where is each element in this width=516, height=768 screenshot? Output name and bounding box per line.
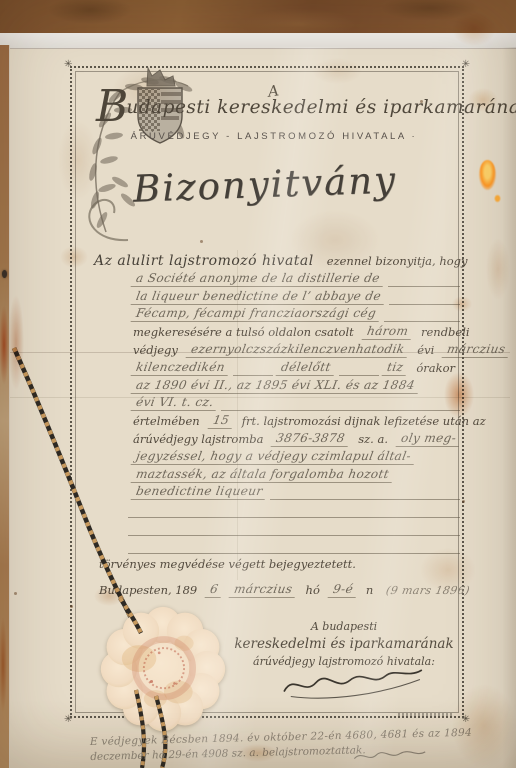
ruled-blank-line [388,273,460,287]
body-line: megkeresésére a tulsó oldalon csatolthár… [94,323,460,340]
body-text-segment: sz. a. [358,432,388,446]
body-line [94,519,460,536]
ruled-blank-line [233,362,273,376]
ink-speck [200,240,203,243]
body-text-segment: a Société anonyme de la distillerie de [131,271,386,287]
foxing-stain [420,548,476,592]
body-text-segment: Fécamp, fécampi francziaországi cég [131,306,382,322]
ruled-blank-line [270,486,460,500]
paper-wafer-seal [96,599,230,743]
body-text-segment: rendbeli [421,325,470,339]
light-glare [493,193,502,204]
body-text-segment: értelmében [133,414,200,428]
ink-speck [70,605,73,608]
body-text-segment: délelőtt [276,360,336,376]
foxing-stain [452,296,472,312]
foxing-stain [94,586,124,606]
body-line: Fécamp, fécampi francziaországi cég [94,305,460,322]
body-text-segment: márczius [442,342,511,358]
certificate-body: Az alulirt lajstromozó hivatalezennel bi… [94,252,460,602]
body-line: maztassék, az általa forgalomba hozott [94,466,460,483]
ruled-blank-line [128,540,460,554]
printer-imprint [398,713,454,716]
body-text-segment: megkeresésére a tulsó oldalon csatolt [133,325,354,339]
ruled-blank-line [339,362,379,376]
body-line: árúvédjegy lajstromba3876-3878sz. a.oly … [94,430,460,447]
body-text-segment: évi [417,343,434,357]
body-text-segment: maztassék, az általa forgalomba hozott [131,467,395,483]
body-text-segment: Az alulirt lajstromozó hivatal [94,253,314,269]
body-text-segment: márczius [229,582,298,598]
foxing-stain [468,88,498,112]
ruled-blank-line [384,308,460,322]
body-line: az 1890 évi II., az 1895 évi XLI. és az … [94,377,460,394]
issuer-line: kereskedelmi és iparkamarának [228,636,460,652]
body-line: kilenczedikéndélelőtttizórakor [94,359,460,376]
body-text-segment: ezernyolczszázkilenczvenhatodik [185,342,409,358]
body-text-segment: benedictine liqueur [131,484,268,500]
body-text-segment: 15 [207,413,234,429]
body-text-segment: három [361,324,413,340]
body-text-segment: 9-é [327,582,358,598]
foxing-stain [58,120,98,200]
body-text-segment: hó [306,583,320,597]
office-subtitle: ÁRÚVÉDJEGY - LAJSTROMOZÓ HIVATALA · [96,131,452,142]
border-corner-ornament-icon: ✳ [64,59,72,70]
body-line [94,501,460,518]
frame-right-shadow [502,47,516,768]
body-text-segment: 6 [205,582,224,598]
nail-head [2,270,7,278]
body-text-segment: törvényes megvédése végett bejegyeztetet… [99,557,356,571]
body-line: benedictine liqueur [94,483,460,500]
body-line: jegyzéssel, hogy a védjegy czimlapul ált… [94,448,460,465]
body-text-segment: oly meg- [396,431,462,447]
border-corner-ornament-icon: ✳ [64,714,72,725]
light-glare [479,160,496,190]
body-text-segment: frt. lajstromozási dijnak lefizetése utá… [242,414,486,428]
foxing-stain [486,238,510,300]
annotation-initials-scribble [352,745,428,765]
body-text-segment: az 1890 évi II., az 1895 évi XLI. és az … [131,378,420,394]
body-text-segment: 3876-3878 [271,431,351,447]
body-text-segment: la liqueur benedictine de l’ abbaye de [131,289,387,305]
body-text-segment: jegyzéssel, hogy a védjegy czimlapul ált… [131,449,417,465]
body-line: évi VI. t. cz. [94,394,460,411]
body-text-segment: védjegy [133,343,178,357]
chamber-title-text: udapesti kereskedelmi és iparkamarának [126,97,516,118]
ruled-blank-line [221,397,460,411]
body-text-segment: árúvédjegy lajstromba [133,432,263,446]
body-text-segment: tiz [382,360,409,376]
body-text-segment: órakor [416,361,455,375]
issuer-line: A budapesti [228,620,460,633]
foxing-stain [452,12,496,46]
ruled-blank-line [389,291,460,305]
foxing-stain [60,246,88,268]
foxing-stain [312,58,362,84]
foxing-stain [8,295,24,390]
body-text-segment: évi VI. t. cz. [131,395,219,411]
foxing-stain [112,66,182,116]
body-line: értelmében15frt. lajstromozási dijnak le… [94,412,460,429]
body-line: Budapesten, 1896márcziushó9-én(9 mars 18… [94,581,460,598]
body-text-segment: n [366,583,373,597]
ink-speck [14,592,17,595]
foxing-stain [290,210,380,270]
foxing-stain [444,372,474,418]
frame-backing-board [0,0,516,34]
body-line: törvényes megvédése végett bejegyeztetet… [94,555,460,572]
ink-speck [420,100,423,103]
body-line: la liqueur benedictine de l’ abbaye de [94,288,460,305]
foxing-stain [452,684,516,768]
framed-certificate-photo: ✳ ✳ ✳ ✳ [0,0,516,768]
body-line [94,537,460,554]
body-line: Az alulirt lajstromozó hivatalezennel bi… [94,252,460,269]
body-line: védjegyezernyolczszázkilenczvenhatodikév… [94,341,460,358]
border-corner-ornament-icon: ✳ [462,59,470,70]
frame-left-edge [0,45,10,768]
ruled-blank-line [128,504,460,518]
ruled-blank-line [128,522,460,536]
ink-speck [462,500,465,503]
foxing-stain [238,744,278,762]
body-line: a Société anonyme de la distillerie de [94,270,460,287]
body-text-segment: kilenczedikén [131,360,231,376]
